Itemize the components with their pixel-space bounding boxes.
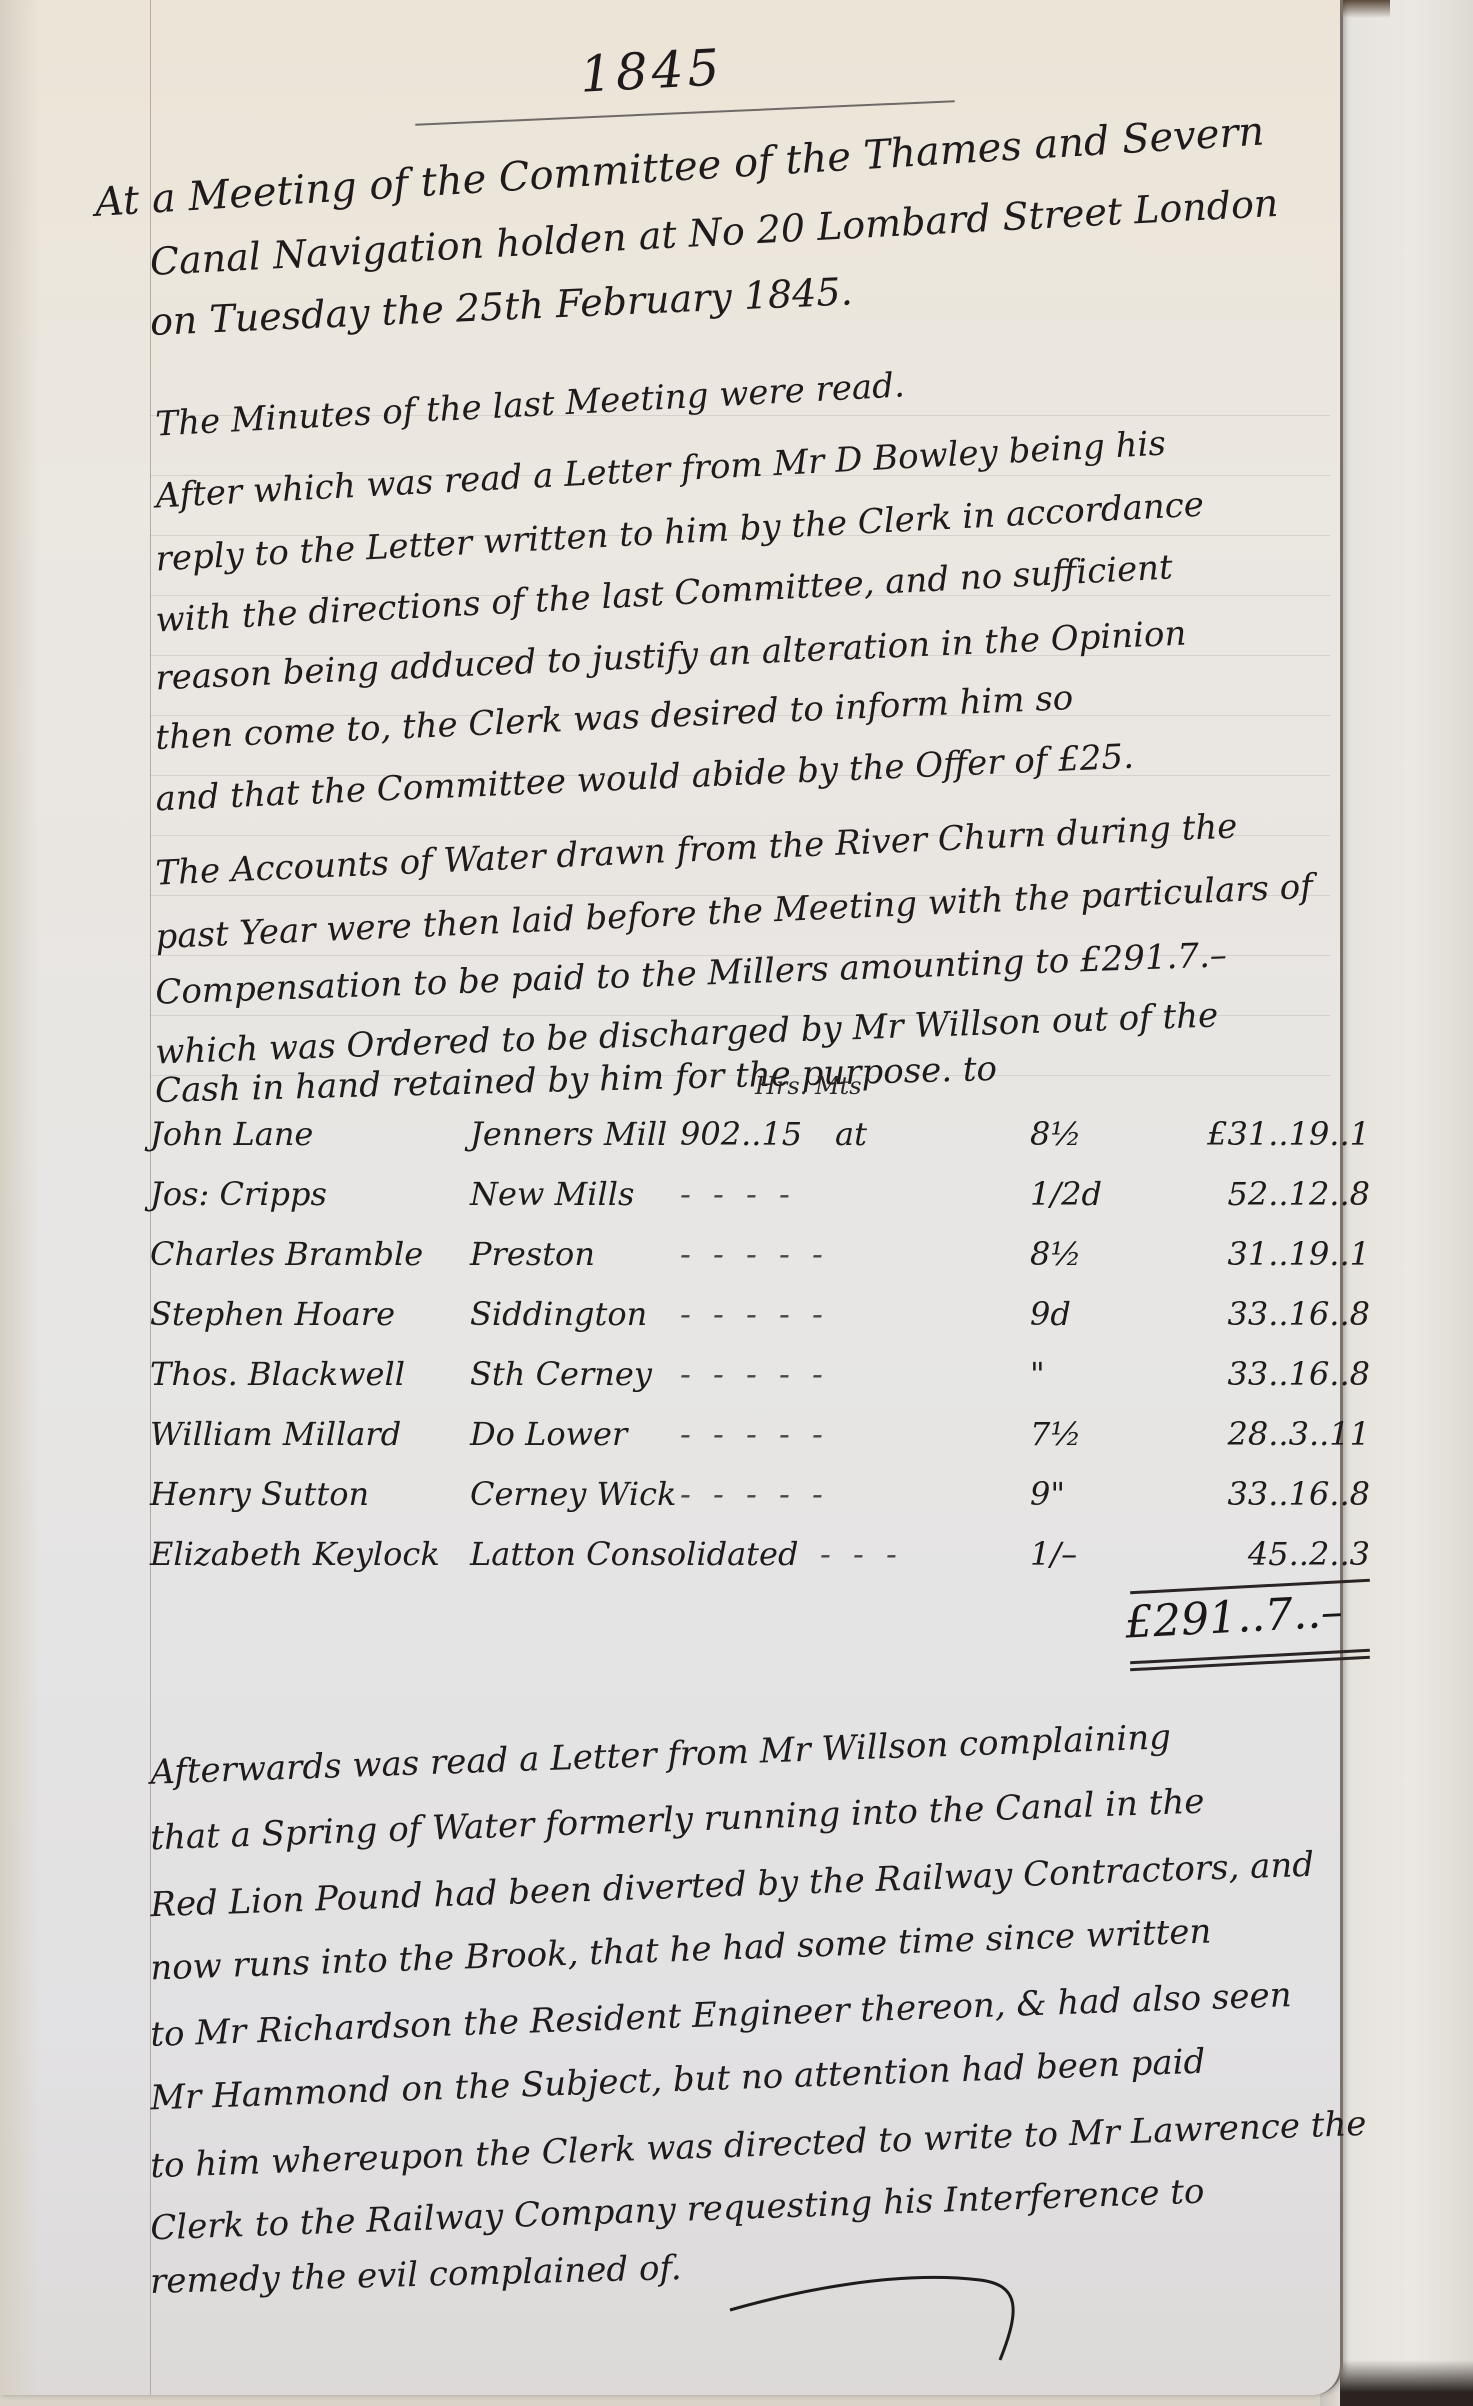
total-double-rule: [1130, 1656, 1370, 1672]
rate-value: 1/2d: [1030, 1175, 1102, 1213]
year-underline: [415, 100, 955, 126]
rate-value: 1/–: [1030, 1535, 1077, 1573]
paragraph-3-line: Clerk to the Railway Company requesting …: [150, 2172, 1205, 2249]
amount-value: 31..19..1: [1170, 1235, 1370, 1273]
table-row: Elizabeth Keylock Latton Consolidated - …: [150, 1535, 1370, 1591]
amount-value: 45..2..3: [1170, 1535, 1370, 1573]
leader-dashes: - - - - -: [680, 1235, 829, 1273]
mill-name: New Mills: [470, 1175, 634, 1213]
amount-value: 33..16..8: [1170, 1295, 1370, 1333]
rate-value: 9d: [1030, 1295, 1071, 1333]
rate-value: 7½: [1030, 1415, 1081, 1453]
miller-name: Elizabeth Keylock: [150, 1535, 440, 1573]
manuscript-page: 1845 At a Meeting of the Committee of th…: [0, 0, 1343, 2395]
heading-line-3: on Tuesday the 25th February 1845.: [149, 269, 853, 344]
mill-name: Sth Cerney: [470, 1355, 652, 1393]
leader-dashes: - - - - -: [680, 1355, 829, 1393]
hours-heading: Hrs.: [755, 1072, 807, 1100]
year-heading: 1845: [579, 38, 725, 103]
mill-name: Jenners Mill: [470, 1115, 667, 1153]
table-row: Charles Bramble Preston - - - - - 8½ 31.…: [150, 1235, 1370, 1291]
leader-dashes: - - -: [820, 1535, 903, 1573]
table-row: Jos: Cripps New Mills - - - - 1/2d 52..1…: [150, 1175, 1370, 1231]
amount-value: £31..19..1: [1170, 1115, 1370, 1153]
table-column-headings: Hrs. Mts: [755, 1072, 862, 1100]
miller-name: Stephen Hoare: [150, 1295, 395, 1333]
mill-name: Siddington: [470, 1295, 647, 1333]
rate-value: 8½: [1030, 1235, 1081, 1273]
mill-name: Cerney Wick: [470, 1475, 676, 1513]
table-row: Thos. Blackwell Sth Cerney - - - - - " 3…: [150, 1355, 1370, 1411]
miller-name: John Lane: [150, 1115, 313, 1153]
amount-value: 52..12..8: [1170, 1175, 1370, 1213]
leader-dashes: - - - - -: [680, 1295, 829, 1333]
table-row: Henry Sutton Cerney Wick - - - - - 9" 33…: [150, 1475, 1370, 1531]
rate-value: 9": [1030, 1475, 1065, 1513]
rate-value: 8½: [1030, 1115, 1081, 1153]
miller-name: Charles Bramble: [150, 1235, 423, 1273]
paragraph-3-line: that a Spring of Water formerly running …: [150, 1782, 1205, 1859]
table-row: Stephen Hoare Siddington - - - - - 9d 33…: [150, 1295, 1370, 1351]
amount-value: 33..16..8: [1170, 1475, 1370, 1513]
miller-name: Thos. Blackwell: [150, 1355, 405, 1393]
paragraph-3-line: Mr Hammond on the Subject, but no attent…: [150, 2042, 1206, 2119]
minutes-heading: Mts: [815, 1072, 862, 1100]
at-label: at: [835, 1115, 867, 1153]
total-amount: £291..7..–: [1124, 1586, 1344, 1648]
leader-dashes: - - - - -: [680, 1475, 829, 1513]
table-row: William Millard Do Lower - - - - - 7½ 28…: [150, 1415, 1370, 1471]
mill-name: Do Lower: [470, 1415, 627, 1453]
leader-dashes: - - - - -: [680, 1415, 829, 1453]
paragraph-3-line: remedy the evil complained of.: [150, 2248, 683, 2302]
paragraph-3-line: Afterwards was read a Letter from Mr Wil…: [150, 1717, 1172, 1793]
rate-value: ": [1030, 1355, 1045, 1393]
miller-name: Jos: Cripps: [150, 1175, 327, 1213]
mill-name: Latton Consolidated: [470, 1535, 798, 1573]
paragraph-1-line: The Minutes of the last Meeting were rea…: [154, 365, 905, 444]
paragraph-3-line: to Mr Richardson the Resident Engineer t…: [150, 1975, 1292, 2055]
table-row: John Lane Jenners Mill 902..15 at 8½ £31…: [150, 1115, 1370, 1171]
miller-name: William Millard: [150, 1415, 401, 1453]
miller-name: Henry Sutton: [150, 1475, 369, 1513]
amount-value: 28..3..11: [1170, 1415, 1370, 1453]
closing-flourish-icon: [720, 2250, 1040, 2370]
paragraph-3-line: now runs into the Brook, that he had som…: [150, 1911, 1212, 1988]
book-cover-edge: [1340, 2360, 1473, 2406]
mill-name: Preston: [470, 1235, 595, 1273]
leader-dashes: - - - -: [680, 1175, 796, 1213]
amount-value: 33..16..8: [1170, 1355, 1370, 1393]
hours-value: 902..15: [680, 1115, 802, 1153]
page-left-shading: [0, 0, 40, 2395]
